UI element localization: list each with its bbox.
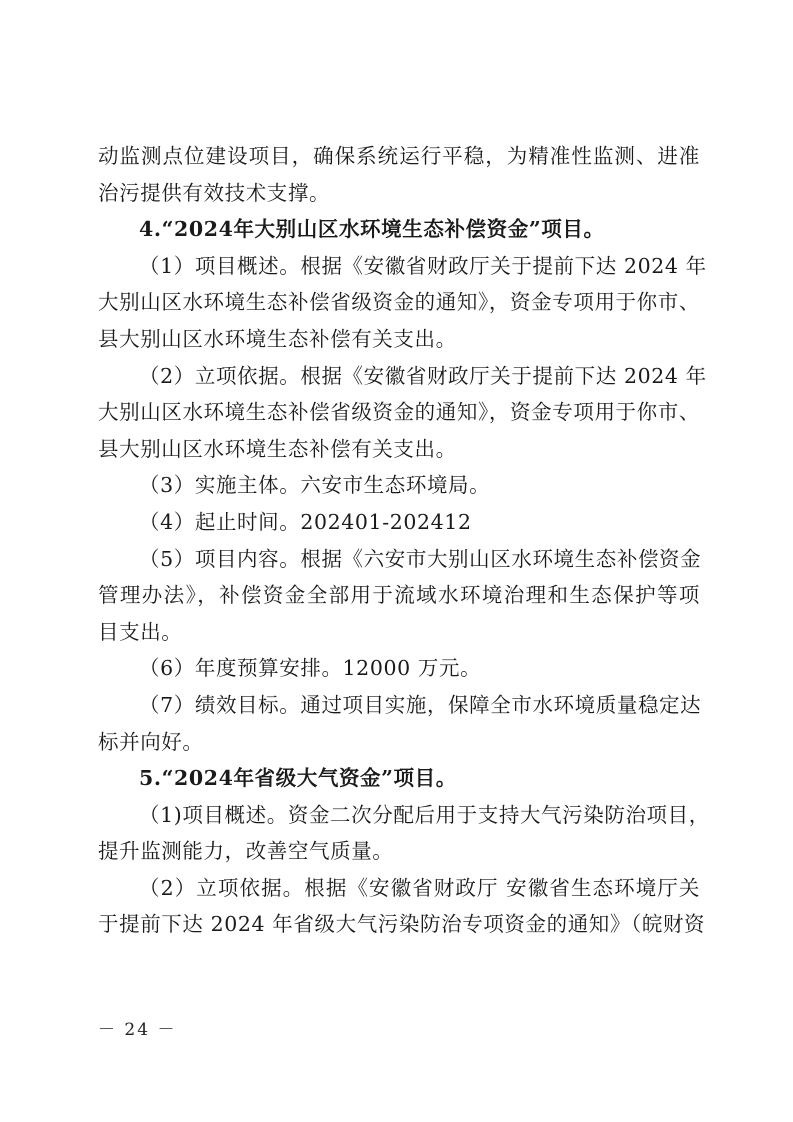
paragraph-line: （3）实施主体。六安市生态环境局。 [98,467,700,504]
paragraph-line: 目支出。 [98,614,700,651]
paragraph-line: （2）立项依据。根据《安徽省财政厅关于提前下达 2024 年 [98,358,700,395]
paragraph-line: 大别山区水环境生态补偿省级资金的通知》，资金专项用于你市、 [98,284,700,321]
paragraph-line: 县大别山区水环境生态补偿有关支出。 [98,431,700,468]
paragraph-line: （7）绩效目标。通过项目实施，保障全市水环境质量稳定达 [98,687,700,724]
paragraph-line: （1）项目概述。根据《安徽省财政厅关于提前下达 2024 年 [98,248,700,285]
section-heading-4: 4.“2024年大别山区水环境生态补偿资金”项目。 [98,211,700,248]
paragraph-line: （6）年度预算安排。12000 万元。 [98,650,700,687]
paragraph-line: （5）项目内容。根据《六安市大别山区水环境生态补偿资金 [98,541,700,578]
paragraph-line: （4）起止时间。202401-202412 [98,504,700,541]
section-heading-5: 5.“2024年省级大气资金”项目。 [98,760,700,797]
paragraph-line: 治污提供有效技术支撑。 [98,175,700,212]
paragraph-line: 动监测点位建设项目，确保系统运行平稳，为精准性监测、进准 [98,138,700,175]
paragraph-line: 县大别山区水环境生态补偿有关支出。 [98,321,700,358]
paragraph-line: 管理办法》，补偿资金全部用于流域水环境治理和生态保护等项 [98,577,700,614]
page-number: － 24 － [98,1015,176,1040]
document-body: 动监测点位建设项目，确保系统运行平稳，为精准性监测、进准 治污提供有效技术支撑。… [98,138,700,943]
paragraph-line: （2）立项依据。根据《安徽省财政厅 安徽省生态环境厅关 [98,870,700,907]
paragraph-line: 标并向好。 [98,724,700,761]
paragraph-line: 于提前下达 2024 年省级大气污染防治专项资金的通知》（皖财资 [98,906,700,943]
paragraph-line: 大别山区水环境生态补偿省级资金的通知》，资金专项用于你市、 [98,394,700,431]
paragraph-line: 提升监测能力，改善空气质量。 [98,833,700,870]
paragraph-line: （1)项目概述。资金二次分配后用于支持大气污染防治项目， [98,797,700,834]
